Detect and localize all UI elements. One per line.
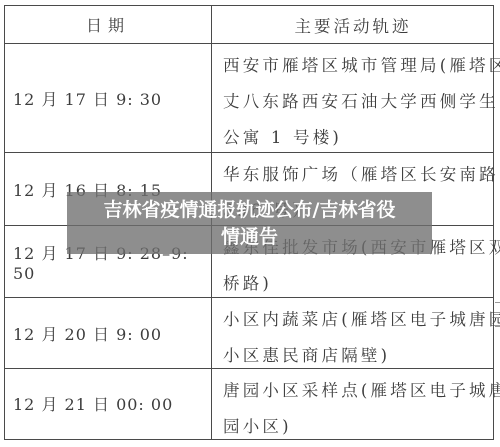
- edge-mark: [495, 302, 500, 303]
- activity-line: 小区内蔬菜店(雁塔区电子城唐园: [223, 302, 487, 338]
- edge-mark: [495, 326, 500, 327]
- activity-line: 华东服饰广场（雁塔区长安南路: [223, 157, 487, 193]
- overlay-title-line2: 情通告: [67, 224, 432, 251]
- row-date: 12 月 20 日 9: 00: [5, 298, 211, 368]
- row-activity: 西安市雁塔区城市管理局(雁塔区 丈八东路西安石油大学西侧学生 公寓 1 号楼): [213, 44, 493, 152]
- table-row: 12 月 17 日 9: 30 西安市雁塔区城市管理局(雁塔区 丈八东路西安石油…: [5, 43, 493, 152]
- activity-line: 西安市雁塔区城市管理局(雁塔区: [223, 48, 487, 84]
- row-activity: 小区内蔬菜店(雁塔区电子城唐园 小区惠民商店隔壁): [213, 298, 493, 368]
- title-overlay: 吉林省疫情通报轨迹公布/吉林省役 情通告: [67, 192, 432, 254]
- row-date: 12 月 17 日 9: 30: [5, 44, 211, 152]
- row-activity: 唐园小区采样点(雁塔区电子城唐 园小区): [213, 369, 493, 438]
- activity-line: 丈八东路西安石油大学西侧学生: [223, 84, 487, 120]
- table-row: 12 月 21 日 00: 00 唐园小区采样点(雁塔区电子城唐 园小区): [5, 368, 493, 438]
- activity-line: 园小区): [223, 409, 487, 445]
- header-activity: 主要活动轨迹: [213, 6, 493, 43]
- activity-line: 唐园小区采样点(雁塔区电子城唐: [223, 373, 487, 409]
- table-row: 12 月 20 日 9: 00 小区内蔬菜店(雁塔区电子城唐园 小区惠民商店隔壁…: [5, 297, 493, 368]
- header-date: 日期: [5, 6, 211, 43]
- row-date: 12 月 21 日 00: 00: [5, 369, 211, 438]
- overlay-title-line1: 吉林省疫情通报轨迹公布/吉林省役: [67, 197, 432, 224]
- activity-line: 公寓 1 号楼): [223, 120, 487, 156]
- table-header-row: 日期 主要活动轨迹: [5, 6, 493, 43]
